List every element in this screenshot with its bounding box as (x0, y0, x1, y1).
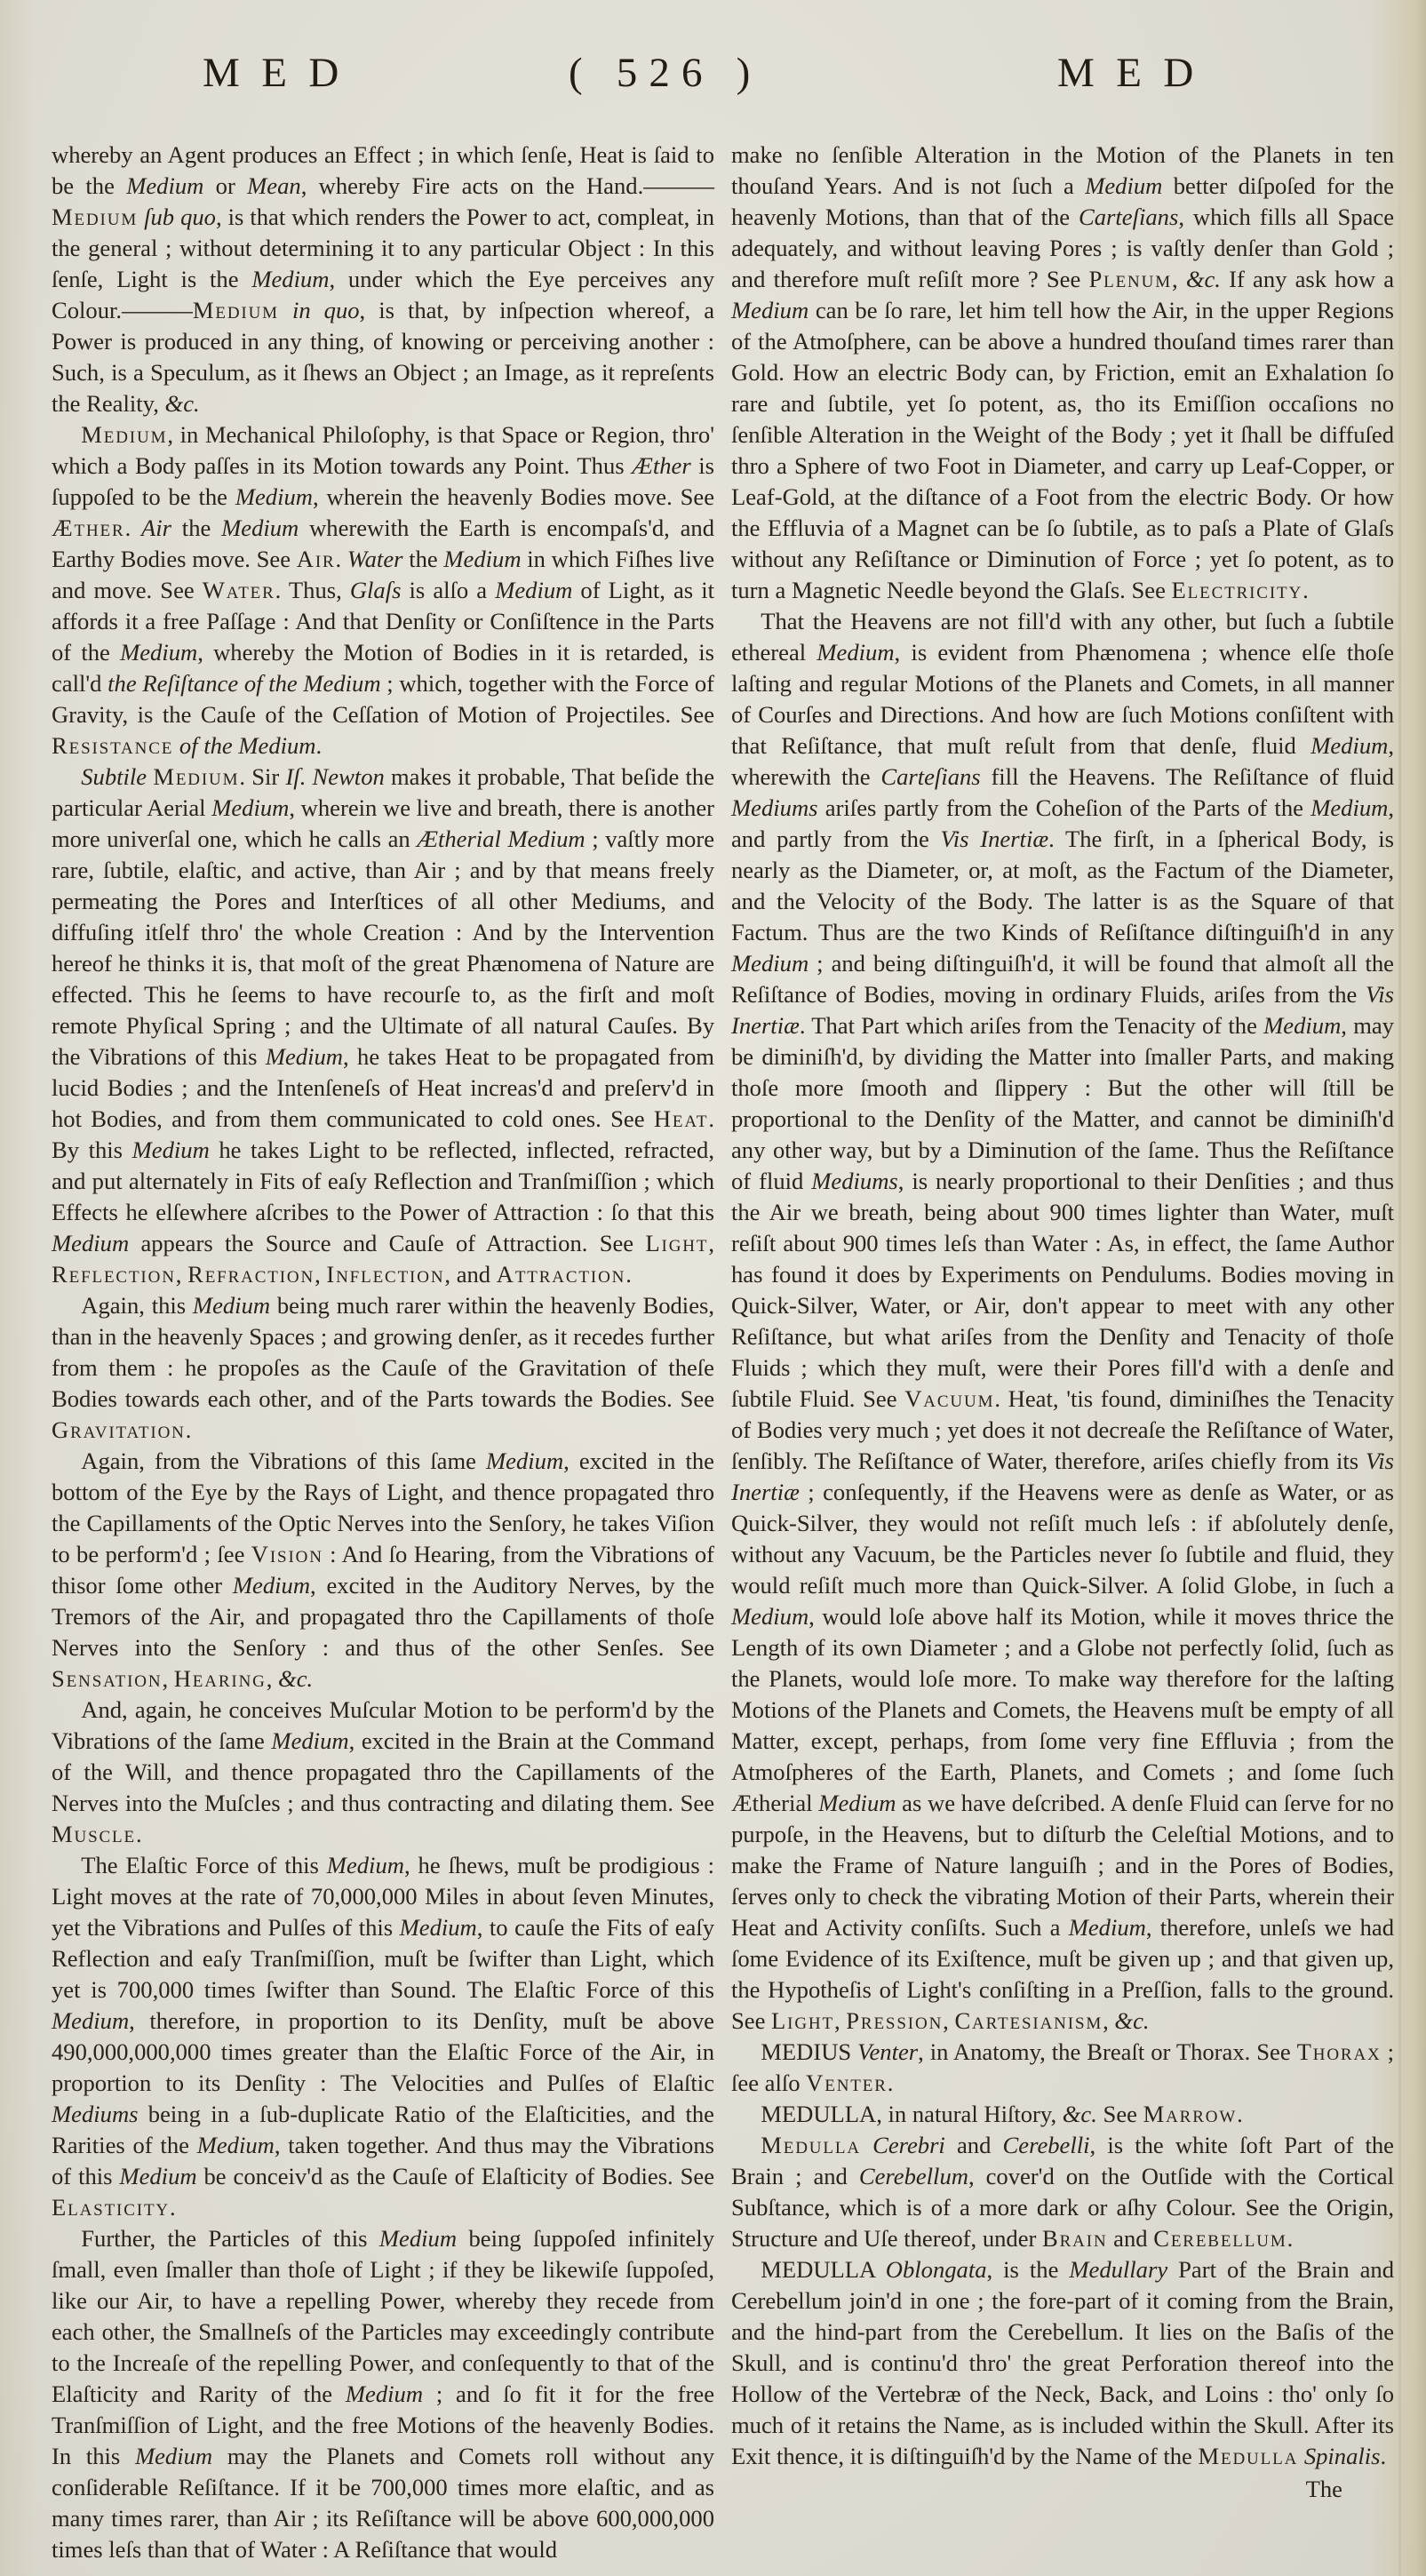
paragraph: Subtile Medium. Sir Iſ. Newton makes it … (52, 762, 714, 1290)
paragraph: Medulla Cerebri and Cerebelli, is the wh… (731, 2130, 1394, 2254)
paragraph: MEDULLA, in natural Hiſtory, &c. See Mar… (731, 2099, 1394, 2130)
text-columns: whereby an Agent produces an Effect ; in… (0, 118, 1426, 2565)
left-column: whereby an Agent produces an Effect ; in… (52, 140, 714, 2565)
paragraph: Again, from the Vibrations of this ſame … (52, 1446, 714, 1695)
paragraph: Medium, in Mechanical Philoſophy, is tha… (52, 419, 714, 762)
paragraph: make no ſenſible Alteration in the Motio… (731, 140, 1394, 606)
paragraph: Again, this Medium being much rarer with… (52, 1290, 714, 1446)
catchword: The (731, 2472, 1394, 2505)
running-title-right: MED (1057, 49, 1215, 97)
scanned-page: MED ( 526 ) MED whereby an Agent produce… (0, 0, 1426, 2576)
paragraph: whereby an Agent produces an Effect ; in… (52, 140, 714, 419)
page-number: ( 526 ) (569, 49, 761, 97)
right-column: make no ſenſible Alteration in the Motio… (731, 140, 1394, 2565)
paragraph: MEDIUS Venter, in Anatomy, the Breaſt or… (731, 2037, 1394, 2099)
paragraph: MEDULLA Oblongata, is the Medullary Part… (731, 2254, 1394, 2472)
paragraph: That the Heavens are not fill'd with any… (731, 606, 1394, 2037)
paragraph: And, again, he conceives Muſcular Motion… (52, 1695, 714, 1850)
running-title-left: MED (203, 49, 361, 97)
paragraph: The Elaſtic Force of this Medium, he ſhe… (52, 1850, 714, 2223)
page-header: MED ( 526 ) MED (0, 0, 1426, 118)
paragraph: Further, the Particles of this Medium be… (52, 2223, 714, 2565)
